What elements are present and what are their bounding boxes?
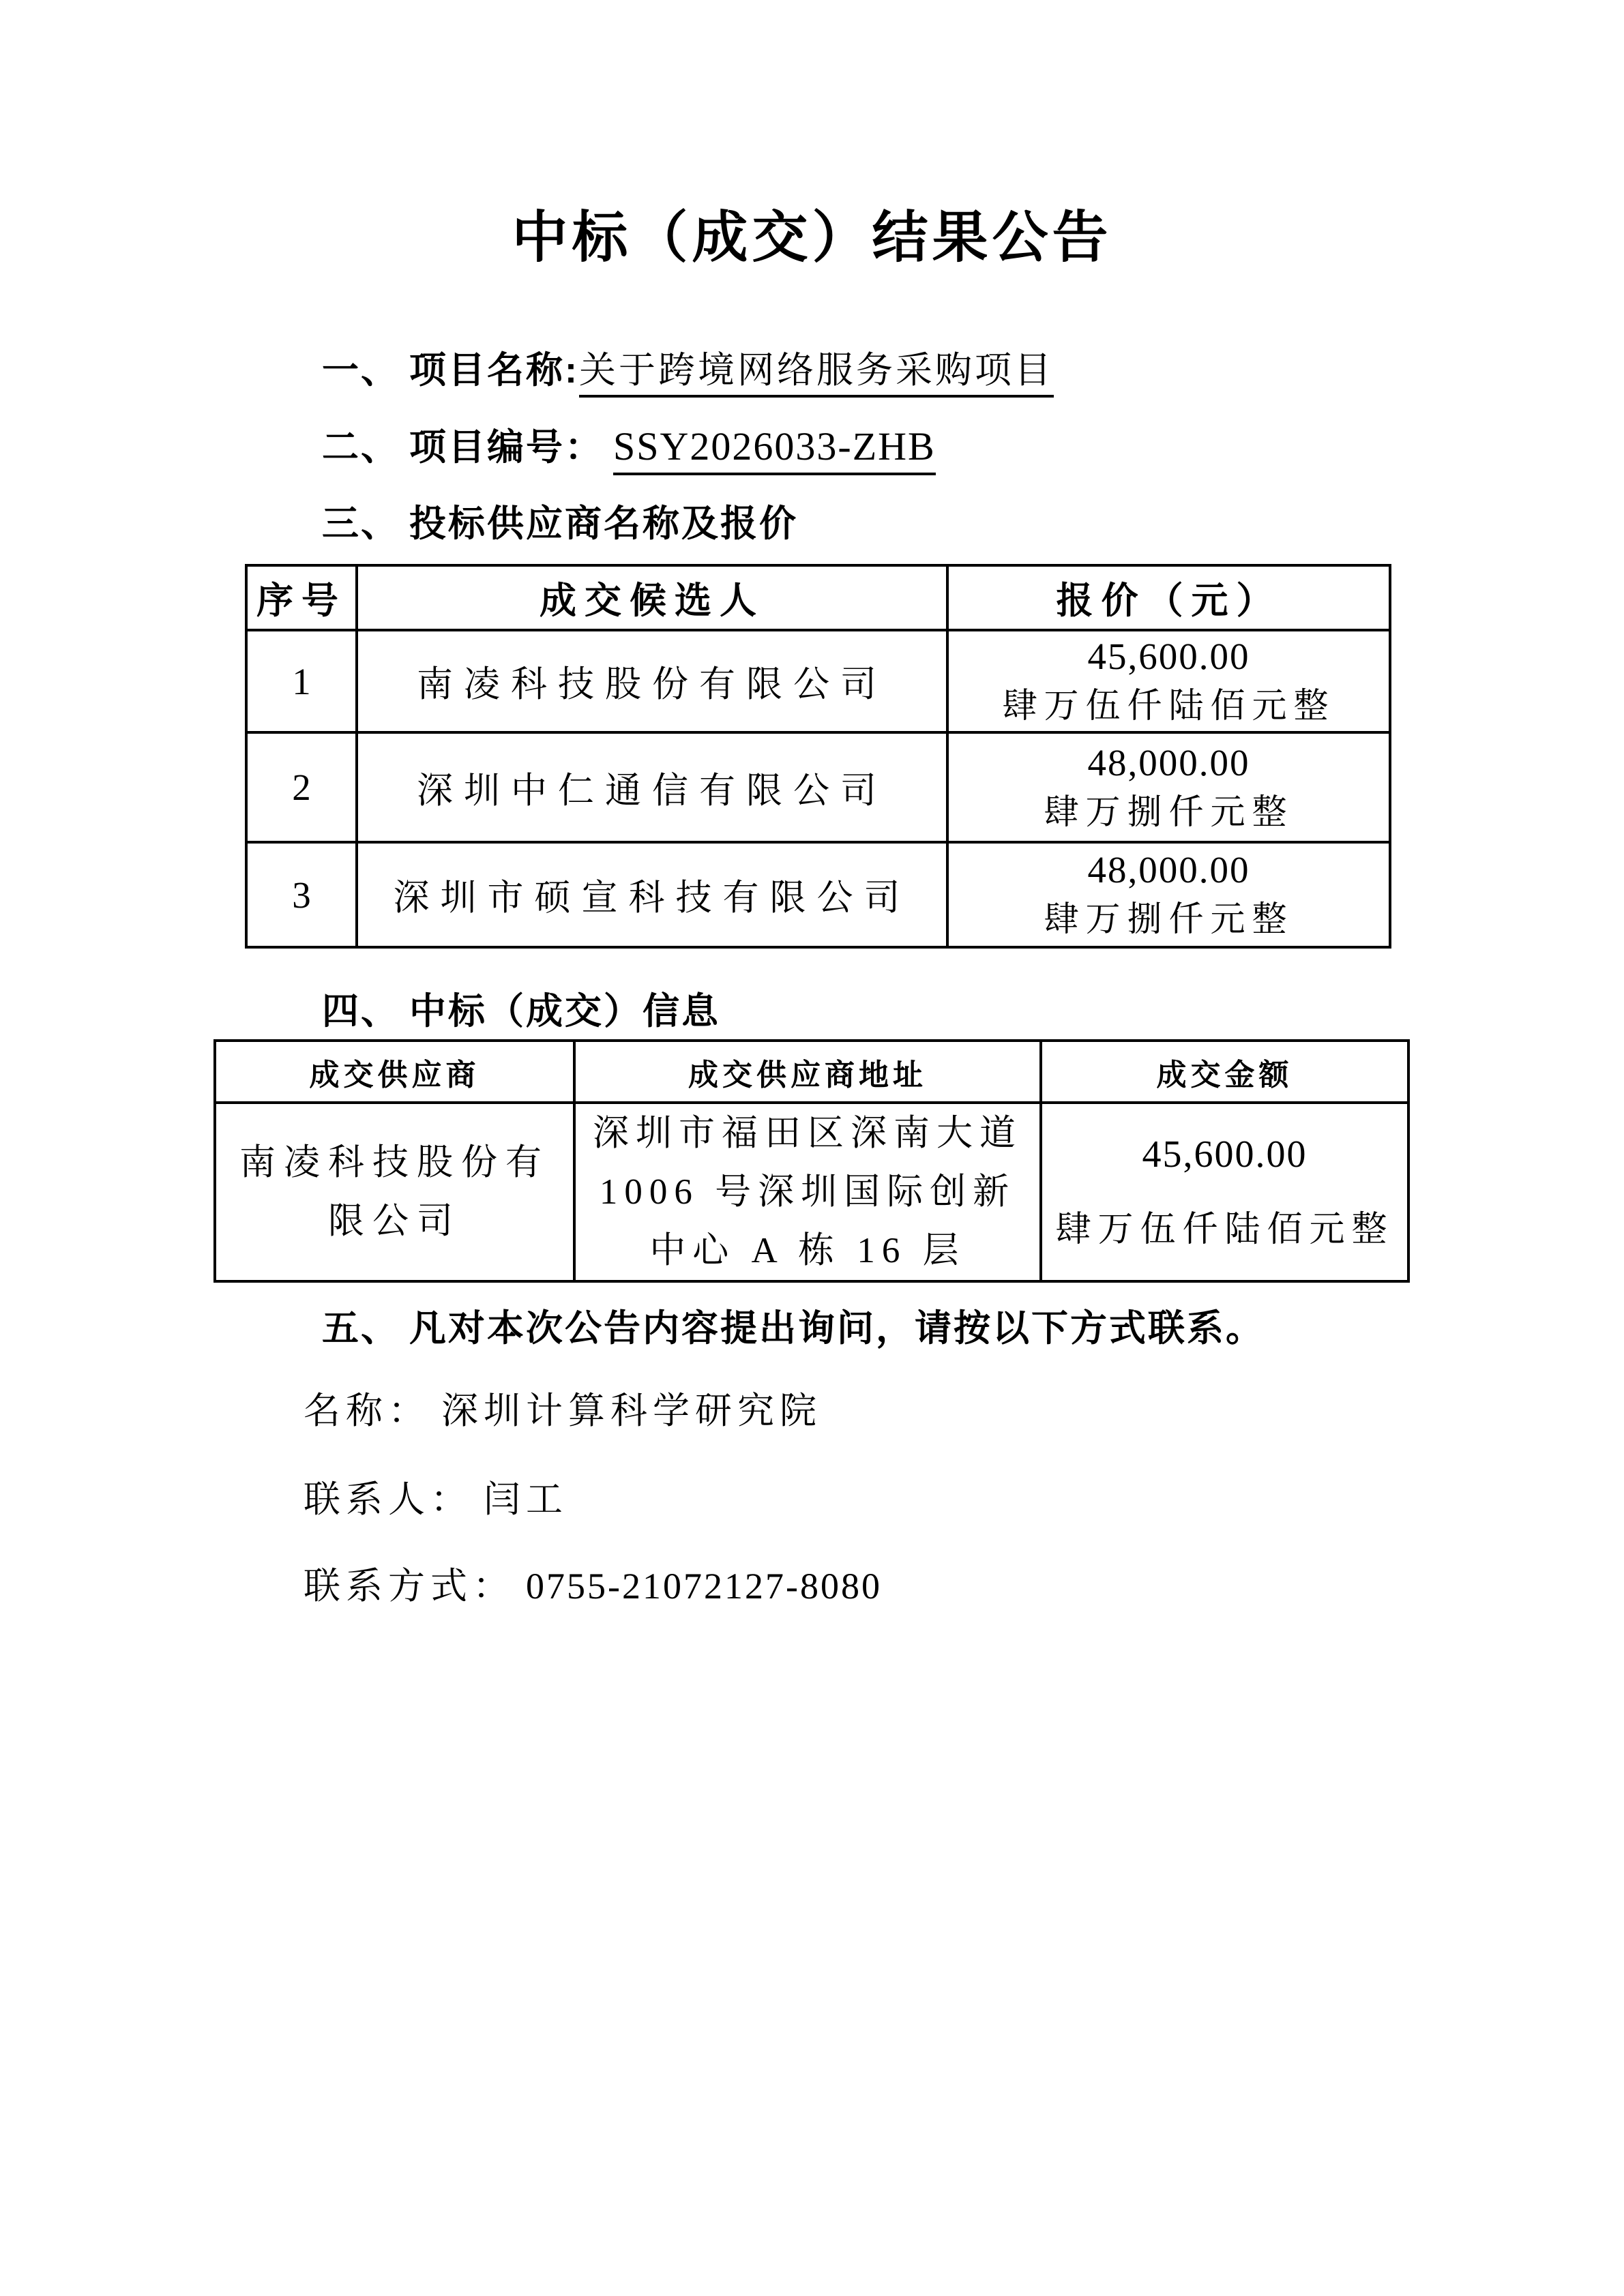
bid-header-candidate: 成交候选人 xyxy=(357,565,947,630)
bid-row-candidate: 南凌科技股份有限公司 xyxy=(357,630,947,732)
section-bidders-heading: 三、投标供应商名称及报价 xyxy=(0,501,1624,546)
bid-row-price: 48,000.00 肆万捌仟元整 xyxy=(947,732,1390,842)
section-label: 项目名称: xyxy=(409,350,579,391)
table-row: 2 深圳中仁通信有限公司 48,000.00 肆万捌仟元整 xyxy=(246,732,1390,842)
award-address: 深圳市福田区深南大道 1006 号深圳国际创新中心 A 栋 16 层 xyxy=(574,1103,1041,1281)
section-project-name: 一、项目名称:关于跨境网络服务采购项目 xyxy=(0,348,1624,393)
price-number: 48,000.00 xyxy=(949,738,1389,788)
amount-number: 45,600.00 xyxy=(1042,1133,1407,1176)
contact-person-line: 联系人：闫工 xyxy=(0,1479,1624,1520)
contact-phone-line: 联系方式：0755-21072127-8080 xyxy=(0,1566,1624,1607)
table-row: 3 深圳市硕宣科技有限公司 48,000.00 肆万捌仟元整 xyxy=(246,842,1390,947)
announcement-document: 中标（成交）结果公告 一、项目名称:关于跨境网络服务采购项目 二、项目编号：SS… xyxy=(0,0,1624,2296)
award-table-header-row: 成交供应商 成交供应商地址 成交金额 xyxy=(215,1041,1408,1103)
project-code-value: SSY2026033-ZHB xyxy=(613,424,936,475)
bid-table: 序号 成交候选人 报价（元） 1 南凌科技股份有限公司 45,600.00 肆万… xyxy=(245,564,1391,949)
price-in-words: 肆万捌仟元整 xyxy=(949,895,1389,944)
award-header-amount: 成交金额 xyxy=(1041,1041,1408,1103)
bid-row-price: 48,000.00 肆万捌仟元整 xyxy=(947,842,1390,947)
section-label: 投标供应商名称及报价 xyxy=(409,503,798,544)
contact-person-value: 闫工 xyxy=(484,1479,568,1520)
contact-phone-label: 联系方式： xyxy=(304,1566,515,1607)
contact-phone-value: 0755-21072127-8080 xyxy=(526,1566,882,1607)
award-header-address: 成交供应商地址 xyxy=(574,1041,1041,1103)
bid-row-candidate: 深圳中仁通信有限公司 xyxy=(357,732,947,842)
section-number: 一、 xyxy=(322,350,400,391)
amount-wrap: 45,600.00 肆万伍仟陆佰元整 xyxy=(1042,1108,1407,1276)
section-number: 五、 xyxy=(322,1308,400,1349)
section-award-heading: 四、中标（成交）信息 xyxy=(0,989,1624,1033)
table-row: 南凌科技股份有限公司 深圳市福田区深南大道 1006 号深圳国际创新中心 A 栋… xyxy=(215,1103,1408,1281)
section-label: 项目编号： xyxy=(409,427,604,468)
table-row: 1 南凌科技股份有限公司 45,600.00 肆万伍仟陆佰元整 xyxy=(246,630,1390,732)
section-number: 二、 xyxy=(322,427,400,468)
price-number: 48,000.00 xyxy=(949,845,1389,895)
section-number: 四、 xyxy=(322,991,400,1032)
bid-header-no: 序号 xyxy=(246,565,357,630)
section-label: 凡对本次公告内容提出询问，请按以下方式联系。 xyxy=(409,1308,1265,1349)
project-name-value: 关于跨境网络服务采购项目 xyxy=(579,350,1054,398)
bid-row-candidate: 深圳市硕宣科技有限公司 xyxy=(357,842,947,947)
section-number: 三、 xyxy=(322,503,400,544)
price-in-words: 肆万伍仟陆佰元整 xyxy=(949,682,1389,731)
section-project-code: 二、项目编号：SSY2026033-ZHB xyxy=(0,424,1624,470)
page-title: 中标（成交）结果公告 xyxy=(0,203,1624,273)
contact-person-label: 联系人： xyxy=(304,1479,473,1520)
award-supplier: 南凌科技股份有限公司 xyxy=(215,1103,574,1281)
amount-in-words: 肆万伍仟陆佰元整 xyxy=(1042,1200,1407,1251)
award-header-supplier: 成交供应商 xyxy=(215,1041,574,1103)
section-label: 中标（成交）信息 xyxy=(409,991,720,1032)
award-amount: 45,600.00 肆万伍仟陆佰元整 xyxy=(1041,1103,1408,1281)
bid-header-price: 报价（元） xyxy=(947,565,1390,630)
contact-org-line: 名称：深圳计算科学研究院 xyxy=(0,1390,1624,1431)
award-table: 成交供应商 成交供应商地址 成交金额 南凌科技股份有限公司 深圳市福田区深南大道… xyxy=(213,1039,1410,1283)
bid-table-header-row: 序号 成交候选人 报价（元） xyxy=(246,565,1390,630)
price-number: 45,600.00 xyxy=(949,631,1389,682)
bid-row-no: 2 xyxy=(246,732,357,842)
price-in-words: 肆万捌仟元整 xyxy=(949,788,1389,837)
bid-row-no: 3 xyxy=(246,842,357,947)
contact-org-value: 深圳计算科学研究院 xyxy=(441,1390,822,1431)
contact-org-label: 名称： xyxy=(304,1390,430,1431)
bid-row-no: 1 xyxy=(246,630,357,732)
bid-row-price: 45,600.00 肆万伍仟陆佰元整 xyxy=(947,630,1390,732)
section-contact-heading: 五、凡对本次公告内容提出询问，请按以下方式联系。 xyxy=(0,1307,1624,1350)
